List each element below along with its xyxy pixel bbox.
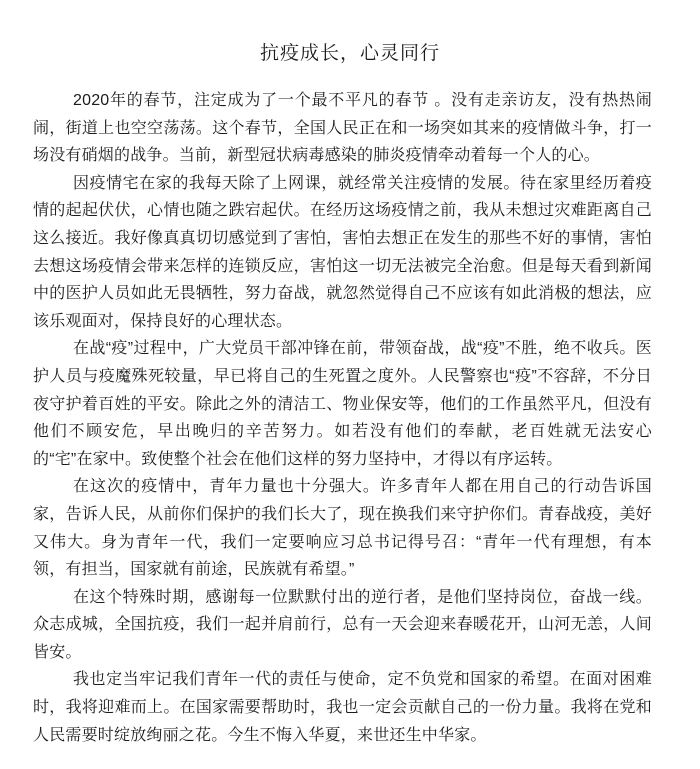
document-page: 抗疫成长，心灵同行 2020年的春节，注定成为了一个最不平凡的春节 。没有走亲访…	[0, 0, 700, 769]
page-title: 抗疫成长，心灵同行	[0, 43, 700, 64]
paragraph-3: 在战“疫”过程中，广大党员干部冲锋在前，带领奋战，战“疫”不胜，绝不收兵。医护人…	[33, 335, 652, 473]
paragraph-5: 在这个特殊时期，感谢每一位默默付出的逆行者，是他们坚持岗位，奋战一线。众志成城，…	[33, 584, 652, 667]
paragraph-6: 我也定当牢记我们青年一代的责任与使命，定不负党和国家的希望。在面对困难时，我将迎…	[33, 666, 652, 749]
paragraph-4: 在这次的疫情中，青年力量也十分强大。许多青年人都在用自己的行动告诉国家，告诉人民…	[33, 473, 652, 583]
document-body: 2020年的春节，注定成为了一个最不平凡的春节 。没有走亲访友，没有热热闹闹，街…	[33, 87, 652, 749]
paragraph-2: 因疫情宅在家的我每天除了上网课，就经常关注疫情的发展。待在家里经历着疫情的起起伏…	[33, 170, 652, 336]
paragraph-1: 2020年的春节，注定成为了一个最不平凡的春节 。没有走亲访友，没有热热闹闹，街…	[33, 87, 652, 170]
